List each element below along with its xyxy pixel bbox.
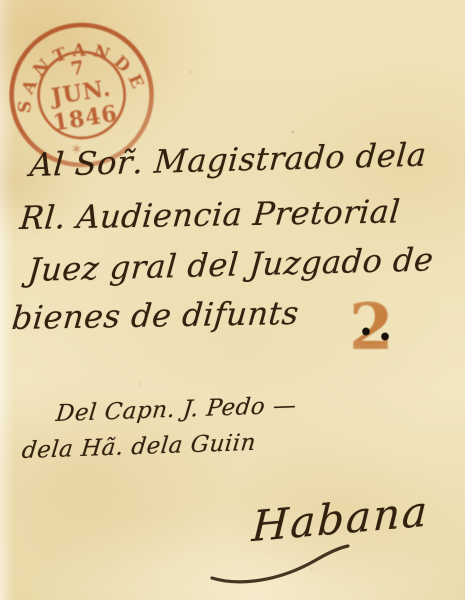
address-line-3: Juez gral del Juzgado de [27, 240, 436, 289]
sender-line-1: Del Capn. J. Pedo — [55, 393, 298, 428]
sender-line-2: dela Hã. dela Guiin [21, 430, 258, 464]
address-line-4: bienes de difunts [10, 294, 300, 337]
destination-habana: Habana [251, 486, 431, 551]
address-line-2: Rl. Audiencia Pretorial [18, 192, 402, 237]
ink-spot [381, 332, 389, 341]
letter-cover-photo: SANTANDER ✶ 7 JUN. 1846 Al Sor̃. Magistr… [0, 0, 465, 600]
ink-spot [362, 327, 370, 336]
rate-mark-2: 2 [349, 296, 394, 360]
